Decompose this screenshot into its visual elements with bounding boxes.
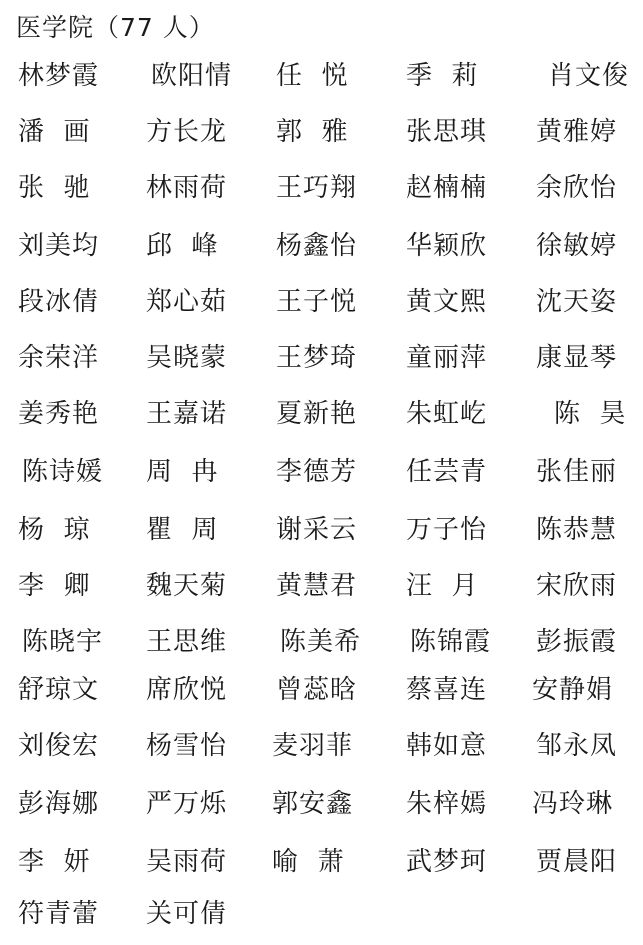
name-entry: 陈诗媛: [22, 454, 103, 490]
name-entry: 王嘉诺: [146, 396, 227, 432]
name-entry: 陈恭慧: [536, 512, 617, 548]
name-entry: 肖文俊: [548, 58, 629, 94]
name-entry: 王巧翔: [276, 170, 357, 206]
name-entry: 瞿 周: [146, 512, 219, 548]
name-entry: 邱 峰: [146, 228, 219, 264]
name-entry: 曾蕊晗: [276, 672, 357, 708]
name-entry: 林雨荷: [146, 170, 227, 206]
name-entry: 贾晨阳: [536, 844, 617, 880]
name-entry: 朱梓嫣: [406, 786, 487, 822]
name-entry: 任 悦: [276, 58, 349, 94]
name-entry: 黄慧君: [276, 568, 357, 604]
name-entry: 邹永凤: [536, 728, 617, 764]
name-entry: 夏新艳: [276, 396, 357, 432]
name-entry: 林梦霞: [18, 58, 99, 94]
name-entry: 郭安鑫: [272, 786, 353, 822]
name-entry: 席欣悦: [146, 672, 227, 708]
name-entry: 汪 月: [406, 568, 479, 604]
name-entry: 李 妍: [18, 844, 91, 880]
name-entry: 潘 画: [18, 114, 91, 150]
name-entry: 韩如意: [406, 728, 487, 764]
name-entry: 吴晓蒙: [146, 340, 227, 376]
name-entry: 欧阳情: [151, 58, 232, 94]
name-entry: 赵楠楠: [406, 170, 487, 206]
name-entry: 朱虹屹: [406, 396, 487, 432]
name-entry: 安静娟: [532, 672, 613, 708]
name-entry: 杨鑫怡: [276, 228, 357, 264]
name-entry: 刘俊宏: [18, 728, 99, 764]
name-entry: 彭海娜: [18, 786, 99, 822]
name-entry: 刘美均: [18, 228, 99, 264]
name-entry: 康显琴: [536, 340, 617, 376]
name-entry: 王梦琦: [276, 340, 357, 376]
name-entry: 陈锦霞: [410, 624, 491, 660]
name-entry: 沈天姿: [536, 284, 617, 320]
name-entry: 王子悦: [276, 284, 357, 320]
name-entry: 华颖欣: [406, 228, 487, 264]
name-entry: 张思琪: [406, 114, 487, 150]
name-entry: 陈晓宇: [22, 624, 103, 660]
name-entry: 郭 雅: [276, 114, 349, 150]
name-entry: 李 卿: [18, 568, 91, 604]
name-entry: 方长龙: [146, 114, 227, 150]
name-entry: 杨 琼: [18, 512, 91, 548]
name-entry: 关可倩: [146, 896, 227, 932]
name-entry: 王思维: [146, 624, 227, 660]
name-list: 林梦霞欧阳情任 悦季 莉肖文俊潘 画方长龙郭 雅张思琪黄雅婷张 驰林雨荷王巧翔赵…: [0, 0, 643, 945]
name-entry: 蔡喜连: [406, 672, 487, 708]
name-entry: 彭振霞: [536, 624, 617, 660]
name-entry: 段冰倩: [18, 284, 99, 320]
name-entry: 谢采云: [276, 512, 357, 548]
name-entry: 麦羽菲: [272, 728, 353, 764]
name-entry: 郑心茹: [146, 284, 227, 320]
name-entry: 周 冉: [146, 454, 219, 490]
name-entry: 武梦珂: [406, 844, 487, 880]
name-entry: 余荣洋: [18, 340, 99, 376]
name-entry: 严万烁: [146, 786, 227, 822]
name-entry: 张 驰: [18, 170, 91, 206]
name-entry: 宋欣雨: [536, 568, 617, 604]
name-entry: 姜秀艳: [18, 396, 99, 432]
name-entry: 喻 萧: [272, 844, 345, 880]
name-entry: 李德芳: [276, 454, 357, 490]
name-entry: 冯玲琳: [532, 786, 613, 822]
name-entry: 杨雪怡: [146, 728, 227, 764]
name-entry: 万子怡: [406, 512, 487, 548]
name-entry: 季 莉: [406, 58, 479, 94]
name-entry: 符青蕾: [18, 896, 99, 932]
name-entry: 陈 昊: [554, 396, 627, 432]
name-entry: 余欣怡: [536, 170, 617, 206]
name-entry: 童丽萍: [406, 340, 487, 376]
name-entry: 舒琼文: [18, 672, 99, 708]
name-entry: 任芸青: [406, 454, 487, 490]
name-entry: 吴雨荷: [146, 844, 227, 880]
name-entry: 陈美希: [280, 624, 361, 660]
name-entry: 张佳丽: [536, 454, 617, 490]
name-entry: 黄文熙: [406, 284, 487, 320]
name-entry: 黄雅婷: [536, 114, 617, 150]
name-entry: 徐敏婷: [536, 228, 617, 264]
name-entry: 魏天菊: [146, 568, 227, 604]
